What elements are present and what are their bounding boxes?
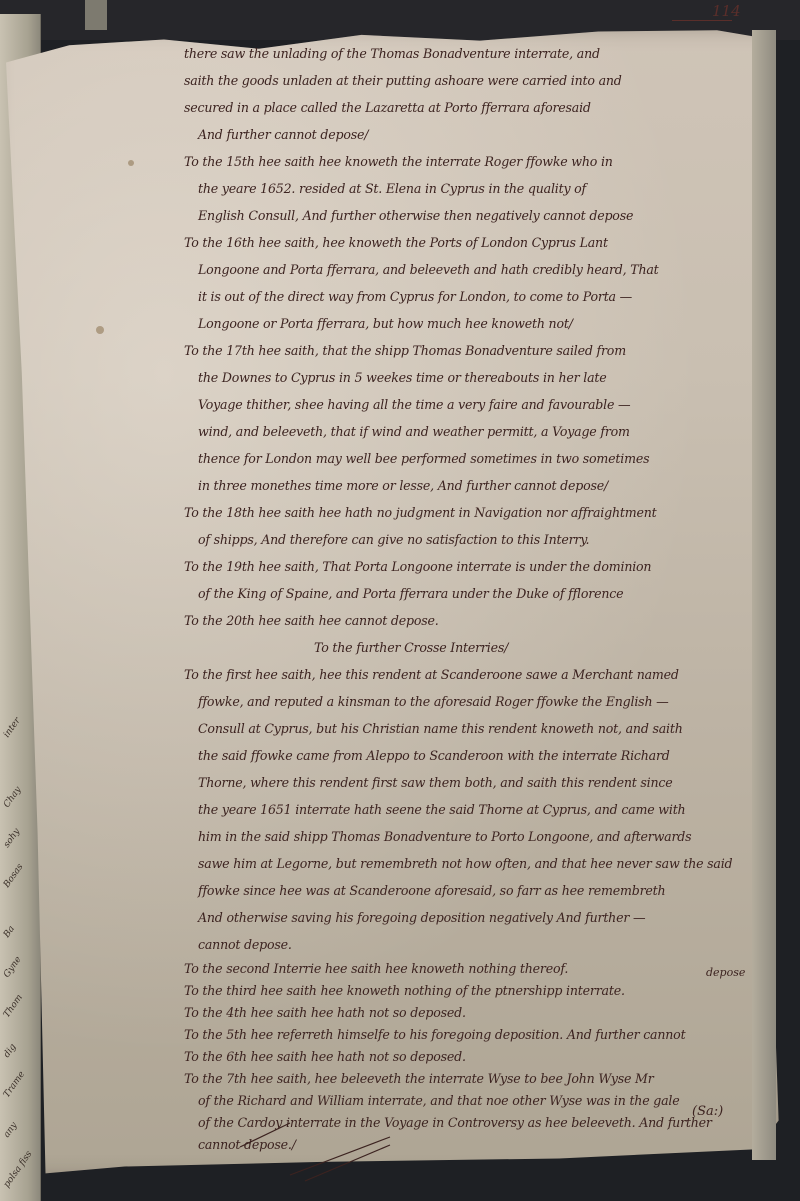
section-heading: To the further Crosse Interries/ [184,634,772,661]
text-line: To the 7th hee saith, hee beleeveth the … [184,1068,772,1090]
left-margin-fragment: sohy [2,827,22,850]
ink-stain [96,326,104,334]
text-line: thence for London may well bee performed… [184,445,772,472]
text-line: Longoone or Porta fferrara, but how much… [184,310,772,337]
text-line: sawe him at Legorne, but remembreth not … [184,850,772,877]
text-line: secured in a place called the Lazaretta … [184,94,772,121]
text-line: ffowke since hee was at Scanderoone afor… [184,877,772,904]
ink-stain [128,160,134,166]
text-line: the said ffowke came from Aleppo to Scan… [184,742,772,769]
text-line: of the Richard and William interrate, an… [184,1090,772,1112]
text-line: To the 16th hee saith, hee knoweth the P… [184,229,772,256]
signature-mark: (Sa:) [692,1104,723,1119]
text-line: To the 20th hee saith hee cannot depose. [184,607,772,634]
text-line: To the 5th hee referreth himselfe to his… [184,1024,772,1046]
text-line: Consull at Cyprus, but his Christian nam… [184,715,772,742]
text-line: Thorne, where this rendent first saw the… [184,769,772,796]
text-line: the yeare 1651 interrate hath seene the … [184,796,772,823]
text-line: To the first hee saith, hee this rendent… [184,661,772,688]
left-margin-fragment: Gyne [2,955,24,980]
text-line: To the 17th hee saith, that the shipp Th… [184,337,772,364]
text-line: And otherwise saving his foregoing depos… [184,904,772,931]
left-margin-fragment: inter [2,716,23,740]
folio-number: 114 [712,2,741,20]
text-line: And further cannot depose/ [184,121,772,148]
manuscript-text-block: there saw the unlading of the Thomas Bon… [184,40,772,1156]
text-line: Longoone and Porta fferrara, and beleeve… [184,256,772,283]
text-line: cannot depose. [184,931,772,958]
text-line: in three monethes time more or lesse, An… [184,472,772,499]
text-line: him in the said shipp Thomas Bonadventur… [184,823,772,850]
text-line: of the King of Spaine, and Porta fferrar… [184,580,772,607]
text-line: To the 4th hee saith hee hath not so dep… [184,1002,772,1024]
text-line: Voyage thither, shee having all the time… [184,391,772,418]
text-line: English Consull, And further otherwise t… [184,202,772,229]
text-line: To the 19th hee saith, That Porta Longoo… [184,553,772,580]
text-line: To the second Interrie hee saith hee kno… [184,958,772,980]
left-margin-fragment: Ba [2,924,17,940]
text-line: To the 6th hee saith hee hath not so dep… [184,1046,772,1068]
margin-note-depose: depose [706,966,745,979]
text-line: To the 15th hee saith hee knoweth the in… [184,148,772,175]
text-line: the Downes to Cyprus in 5 weekes time or… [184,364,772,391]
closing-flourish-strokes [230,1115,430,1185]
folio-underline [672,20,732,21]
text-line: there saw the unlading of the Thomas Bon… [184,40,772,67]
left-margin-fragment: Trame [2,1070,27,1100]
text-line: of shipps, And therefore can give no sat… [184,526,772,553]
text-line: the yeare 1652. resided at St. Elena in … [184,175,772,202]
binding-strip [85,0,107,30]
left-margin-fragment: any [2,1121,20,1140]
text-line: it is out of the direct way from Cyprus … [184,283,772,310]
text-line: To the third hee saith hee knoweth nothi… [184,980,772,1002]
left-margin-fragment: dig [2,1042,18,1060]
text-line: To the 18th hee saith hee hath no judgme… [184,499,772,526]
left-margin-fragment: Thom [2,993,25,1020]
left-margin-fragment: Bosas [2,862,25,890]
text-line: ffowke, and reputed a kinsman to the afo… [184,688,772,715]
left-margin-fragment: polsa fiss [2,1149,34,1189]
left-margin-fragment: Chay [2,785,23,810]
text-line: wind, and beleeveth, that if wind and we… [184,418,772,445]
text-line: saith the goods unladen at their putting… [184,67,772,94]
